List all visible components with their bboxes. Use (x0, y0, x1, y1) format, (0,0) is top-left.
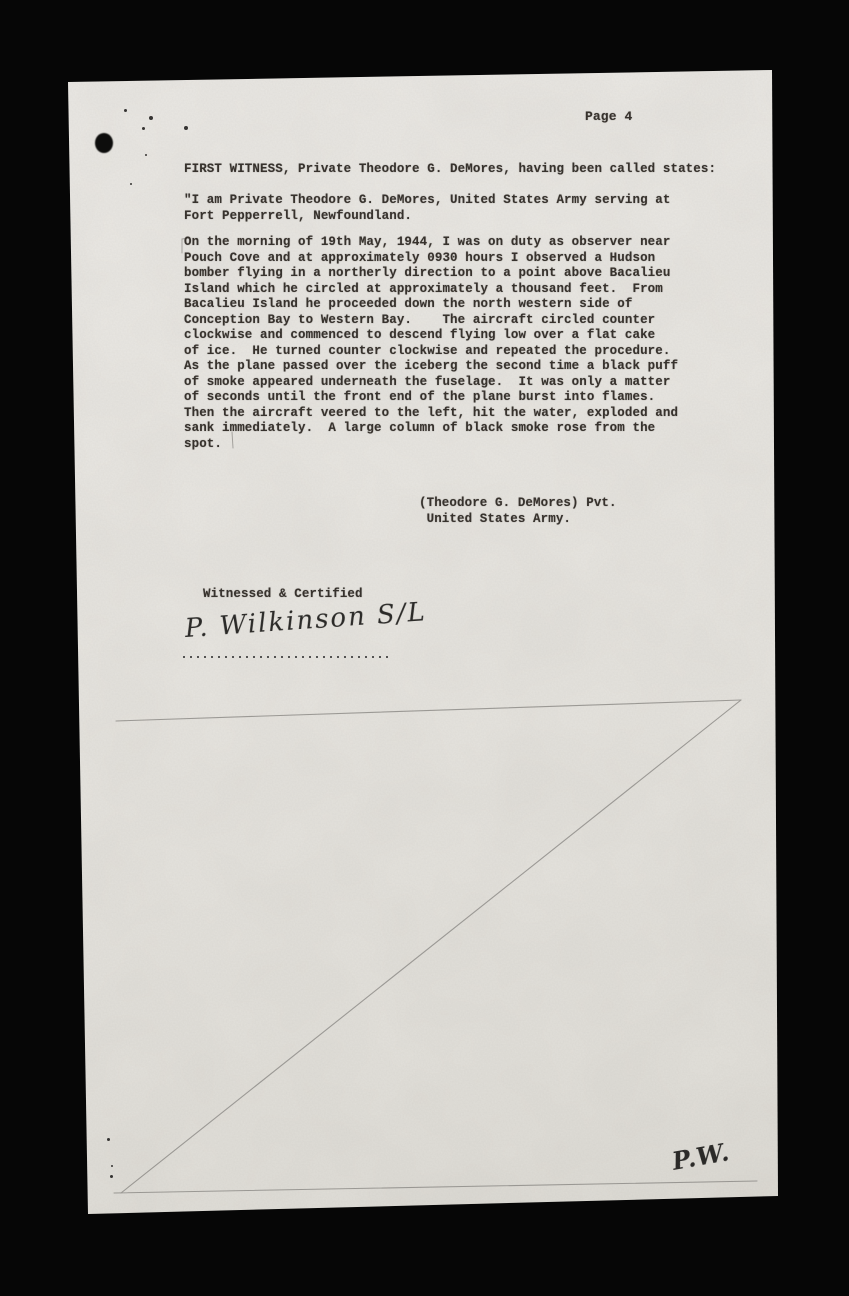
ink-speck (184, 126, 188, 130)
strikeout-top-line (116, 700, 741, 721)
witness-statement-body: On the morning of 19th May, 1944, I was … (184, 235, 678, 452)
ink-speck (110, 1175, 113, 1178)
ink-speck (111, 1165, 113, 1167)
ink-speck (142, 127, 145, 130)
handwritten-signature: P. Wilkinson S/L (184, 597, 428, 644)
ink-speck (124, 109, 127, 112)
document-page: Page 4 FIRST WITNESS, Private Theodore G… (0, 0, 849, 1296)
handwritten-initials: P.W. (670, 1137, 732, 1176)
strikeout-diagonal-line (121, 700, 741, 1193)
ink-speck (149, 116, 153, 120)
witness-intro: "I am Private Theodore G. DeMores, Unite… (184, 193, 670, 224)
page-number-label: Page 4 (585, 109, 632, 125)
certification-label: Witnessed & Certified (203, 587, 363, 603)
ink-speck (130, 183, 132, 185)
signature-dotted-line (183, 656, 388, 658)
hole-punch-dot (95, 133, 113, 153)
witness-heading: FIRST WITNESS, Private Theodore G. DeMor… (184, 162, 716, 178)
ink-speck (145, 154, 147, 156)
ink-speck (107, 1138, 110, 1141)
strikeout-bottom-line (114, 1181, 757, 1193)
typed-signature-block: (Theodore G. DeMores) Pvt. United States… (419, 496, 617, 527)
